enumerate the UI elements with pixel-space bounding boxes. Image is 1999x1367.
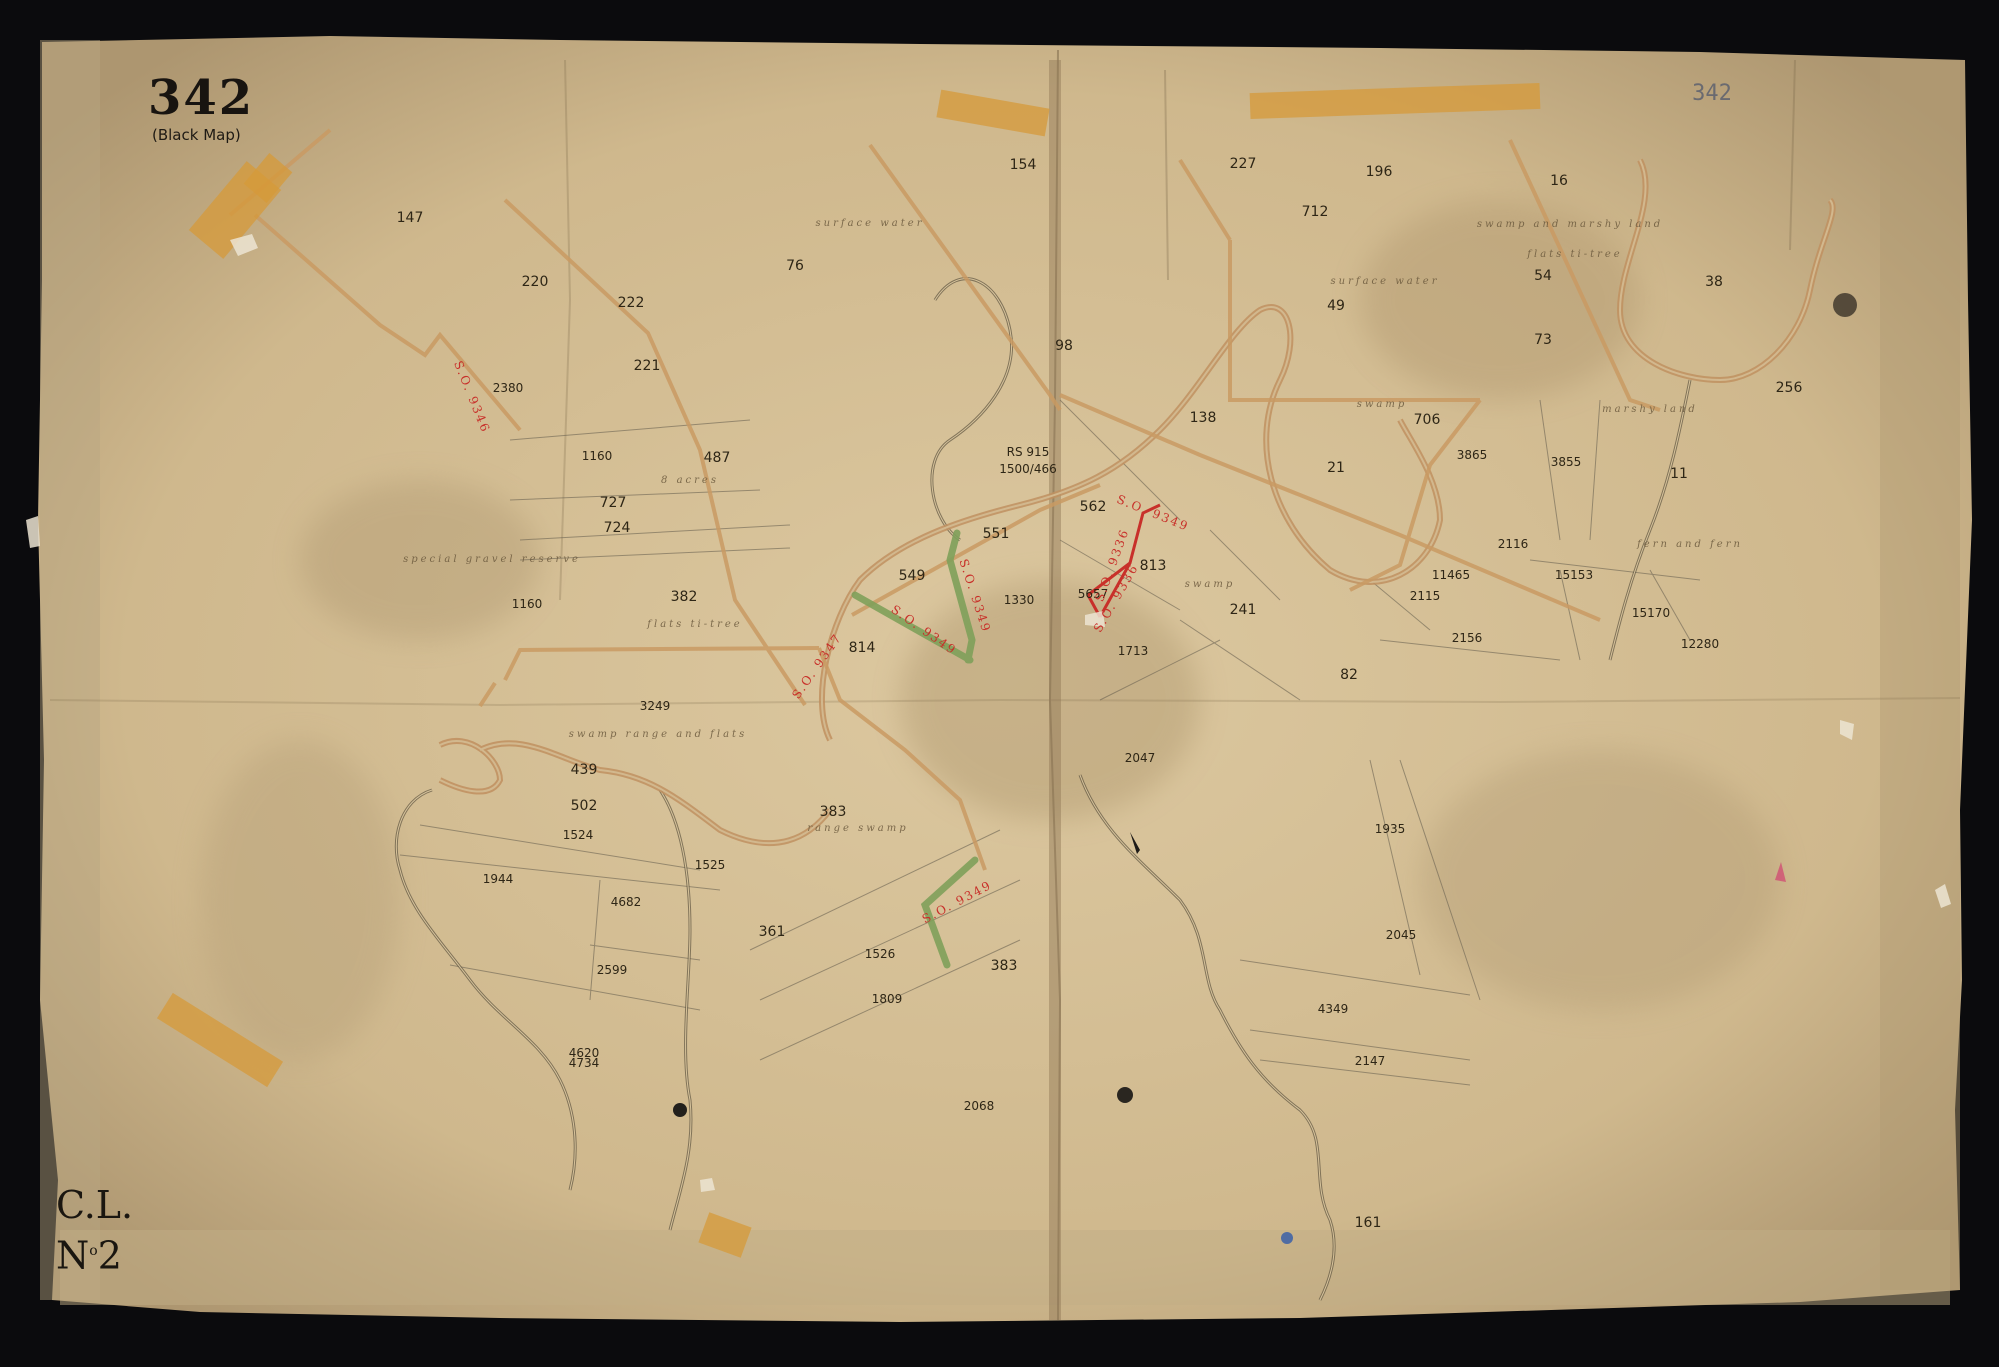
terrain-note: range swamp	[807, 824, 908, 834]
portion-label[interactable]: 241	[1230, 603, 1257, 617]
portion-label[interactable]: 3249	[640, 700, 671, 712]
portion-label[interactable]: 549	[899, 569, 926, 583]
portion-label[interactable]: 138	[1190, 411, 1217, 425]
portion-label[interactable]: 1809	[872, 993, 903, 1005]
portion-label[interactable]: 383	[991, 959, 1018, 973]
portion-label[interactable]: 551	[983, 527, 1010, 541]
portion-label[interactable]: 562	[1080, 500, 1107, 514]
center-fold	[1049, 60, 1061, 1320]
portion-label[interactable]: 1330	[1004, 594, 1035, 606]
stamp-sup: o	[89, 1243, 97, 1259]
worn-left-edge	[40, 40, 100, 1300]
portion-label[interactable]: 154	[1010, 158, 1037, 172]
portion-label[interactable]: 383	[820, 805, 847, 819]
portion-label[interactable]: RS 915	[1007, 446, 1050, 458]
portion-label[interactable]: 98	[1055, 339, 1073, 353]
portion-label[interactable]: 2116	[1498, 538, 1529, 550]
portion-label[interactable]: 76	[786, 259, 804, 273]
portion-label[interactable]: 196	[1366, 165, 1393, 179]
map-sheet: 342 (Black Map) 342 C.L. No2 14722022222…	[0, 0, 1999, 1367]
portion-label[interactable]: 361	[759, 925, 786, 939]
portion-label[interactable]: 3865	[1457, 449, 1488, 461]
terrain-note: marshy land	[1602, 405, 1698, 415]
terrain-note: 8 acres	[661, 476, 719, 486]
worn-bottom-edge	[60, 1230, 1950, 1305]
portion-label[interactable]: 724	[604, 521, 631, 535]
portion-label[interactable]: 1160	[582, 450, 613, 462]
portion-label[interactable]: 221	[634, 359, 661, 373]
portion-label[interactable]: 4682	[611, 896, 642, 908]
portion-label[interactable]: 2115	[1410, 590, 1441, 602]
portion-label[interactable]: 2599	[597, 964, 628, 976]
portion-label[interactable]: 2068	[964, 1100, 995, 1112]
portion-label[interactable]: 813	[1140, 559, 1167, 573]
portion-label[interactable]: 21	[1327, 461, 1345, 475]
portion-label[interactable]: 1944	[483, 873, 514, 885]
worn-right-edge	[1880, 60, 1960, 1290]
portion-label[interactable]: 222	[618, 296, 645, 310]
portion-label[interactable]: 2156	[1452, 632, 1483, 644]
portion-label[interactable]: 1713	[1118, 645, 1149, 657]
stamp-prefix: N	[56, 1234, 89, 1278]
portion-label[interactable]: 1500/466	[999, 463, 1057, 475]
portion-label[interactable]: 11	[1670, 467, 1688, 481]
terrain-note: swamp and marshy land	[1477, 220, 1663, 230]
portion-label[interactable]: 38	[1705, 275, 1723, 289]
portion-label[interactable]: 82	[1340, 668, 1358, 682]
portion-label[interactable]: 502	[571, 799, 598, 813]
pencil-sheet-number: 342	[1692, 83, 1732, 105]
portion-label[interactable]: 15153	[1555, 569, 1593, 581]
terrain-note: surface water	[816, 219, 925, 229]
portion-label[interactable]: 1525	[695, 859, 726, 871]
portion-label[interactable]: 49	[1327, 299, 1345, 313]
portion-label[interactable]: 256	[1776, 381, 1803, 395]
portion-label[interactable]: 1935	[1375, 823, 1406, 835]
stamp-line-1: C.L.	[56, 1182, 133, 1228]
terrain-note: special gravel reserve	[403, 555, 581, 565]
terrain-note: flats ti-tree	[1527, 250, 1622, 260]
portion-label[interactable]: 147	[397, 211, 424, 225]
portion-label[interactable]: 2045	[1386, 929, 1417, 941]
portion-label[interactable]: 1160	[512, 598, 543, 610]
map-canvas[interactable]	[0, 0, 1999, 1367]
portion-label[interactable]: 487	[704, 451, 731, 465]
portion-label[interactable]: 73	[1534, 333, 1552, 347]
portion-label[interactable]: 4734	[569, 1057, 600, 1069]
portion-label[interactable]: 1526	[865, 948, 896, 960]
terrain-note: swamp	[1185, 580, 1236, 590]
portion-label[interactable]: 2147	[1355, 1055, 1386, 1067]
portion-label[interactable]: 12280	[1681, 638, 1719, 650]
terrain-note: swamp range and flats	[569, 730, 747, 740]
portion-label[interactable]: 4349	[1318, 1003, 1349, 1015]
terrain-note: surface water	[1331, 277, 1440, 287]
portion-label[interactable]: 54	[1534, 269, 1552, 283]
sheet-stamp: C.L. No2	[56, 1182, 133, 1279]
portion-label[interactable]: 727	[600, 496, 627, 510]
portion-label[interactable]: 2047	[1125, 752, 1156, 764]
portion-label[interactable]: 227	[1230, 157, 1257, 171]
portion-label[interactable]: 1524	[563, 829, 594, 841]
portion-label[interactable]: 161	[1355, 1216, 1382, 1230]
stamp-line-2: No2	[56, 1228, 133, 1279]
portion-label[interactable]: 814	[849, 641, 876, 655]
stamp-number: 2	[98, 1234, 122, 1278]
portion-label[interactable]: 382	[671, 590, 698, 604]
portion-label[interactable]: 2380	[493, 382, 524, 394]
portion-label[interactable]: 706	[1414, 413, 1441, 427]
sheet-subtitle: (Black Map)	[152, 126, 241, 144]
portion-label[interactable]: 220	[522, 275, 549, 289]
portion-label[interactable]: 16	[1550, 174, 1568, 188]
portion-label[interactable]: 712	[1302, 205, 1329, 219]
sheet-number: 342	[148, 70, 254, 126]
portion-label[interactable]: 11465	[1432, 569, 1470, 581]
portion-label[interactable]: 3855	[1551, 456, 1582, 468]
portion-label[interactable]: 15170	[1632, 607, 1670, 619]
portion-label[interactable]: 439	[571, 763, 598, 777]
terrain-note: fern and fern	[1637, 540, 1743, 550]
terrain-note: flats ti-tree	[647, 620, 742, 630]
terrain-note: swamp	[1357, 400, 1408, 410]
